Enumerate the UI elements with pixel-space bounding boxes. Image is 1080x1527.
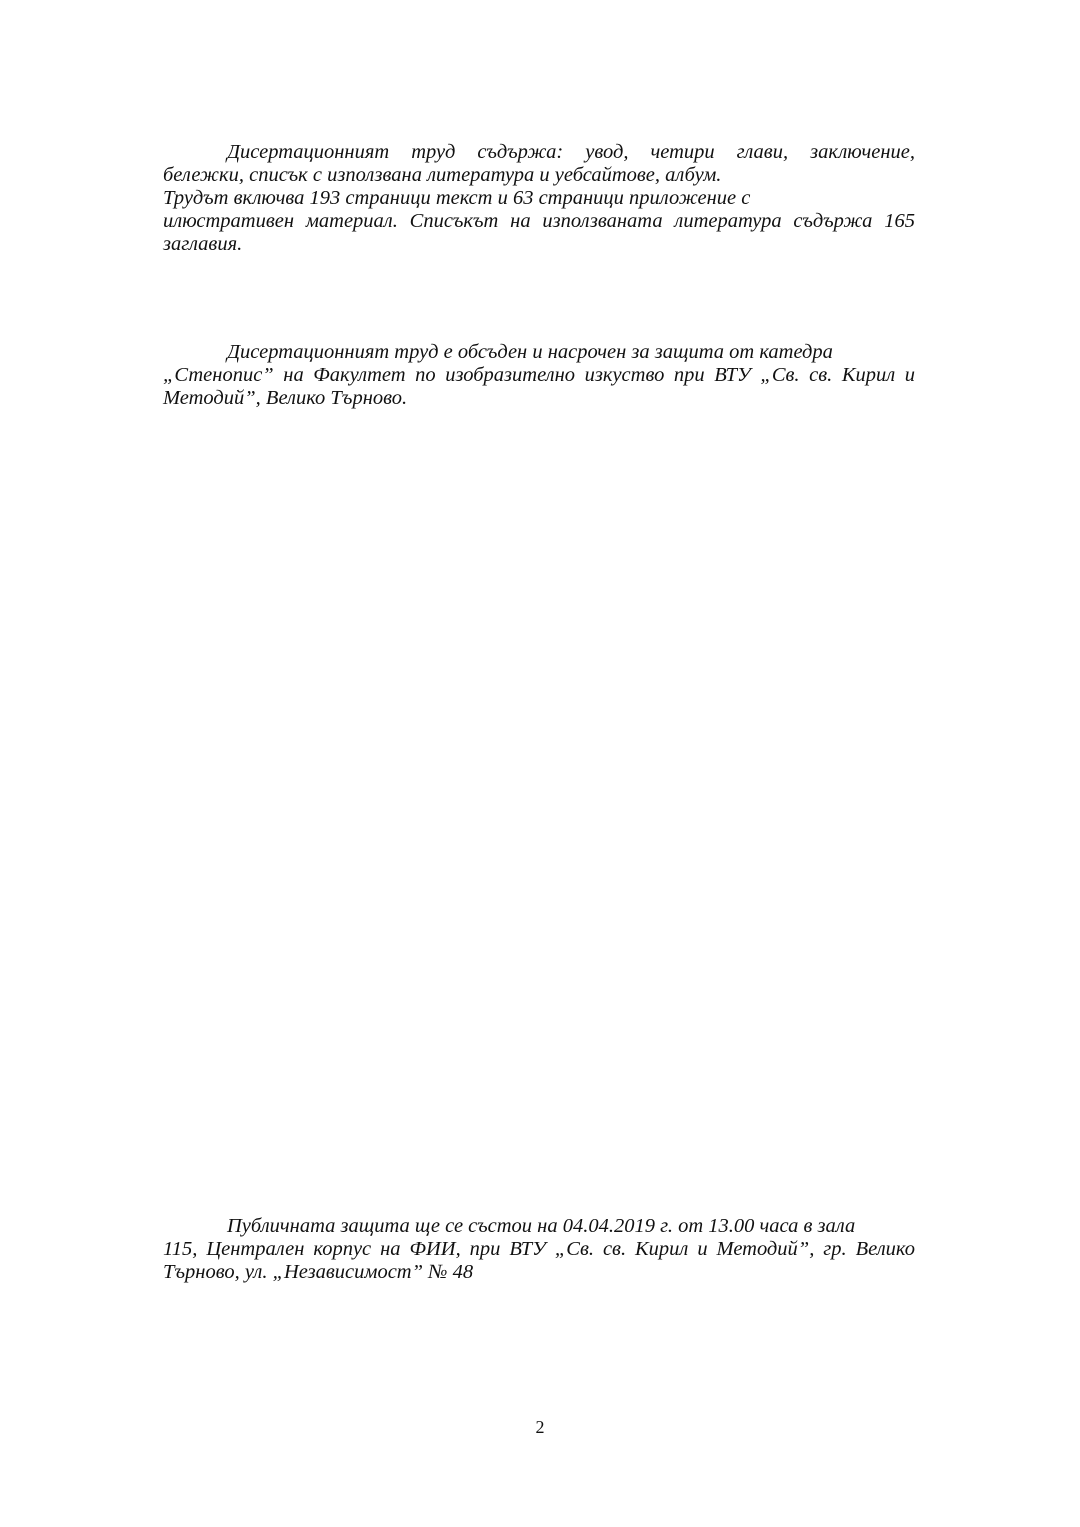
- paragraph-dissertation-contents: Дисертационният труд съдържа: увод, чети…: [163, 141, 915, 256]
- text-line: заглавия.: [163, 233, 915, 256]
- text-line: Дисертационният труд е обсъден и насроче…: [163, 341, 915, 364]
- text-line: бележки, списък с използвана литература …: [163, 164, 915, 187]
- text-line: Публичната защита ще се състои на 04.04.…: [163, 1215, 915, 1238]
- text-line: 115, Централен корпус на ФИИ, при ВТУ „С…: [163, 1238, 915, 1261]
- text-line: Търново, ул. „Независимост” № 48: [163, 1261, 915, 1284]
- text-line: Методий”, Велико Търново.: [163, 387, 915, 410]
- text-line: Трудът включва 193 страници текст и 63 с…: [163, 187, 915, 210]
- page-number: 2: [0, 1417, 1080, 1437]
- paragraph-discussion-department: Дисертационният труд е обсъден и насроче…: [163, 341, 915, 410]
- text-line: „Стенопис” на Факултет по изобразително …: [163, 364, 915, 387]
- text-line: Дисертационният труд съдържа: увод, чети…: [163, 141, 915, 164]
- paragraph-public-defense: Публичната защита ще се състои на 04.04.…: [163, 1215, 915, 1284]
- text-line: илюстративен материал. Списъкът на изпол…: [163, 210, 915, 233]
- document-page: Дисертационният труд съдържа: увод, чети…: [0, 0, 1080, 1527]
